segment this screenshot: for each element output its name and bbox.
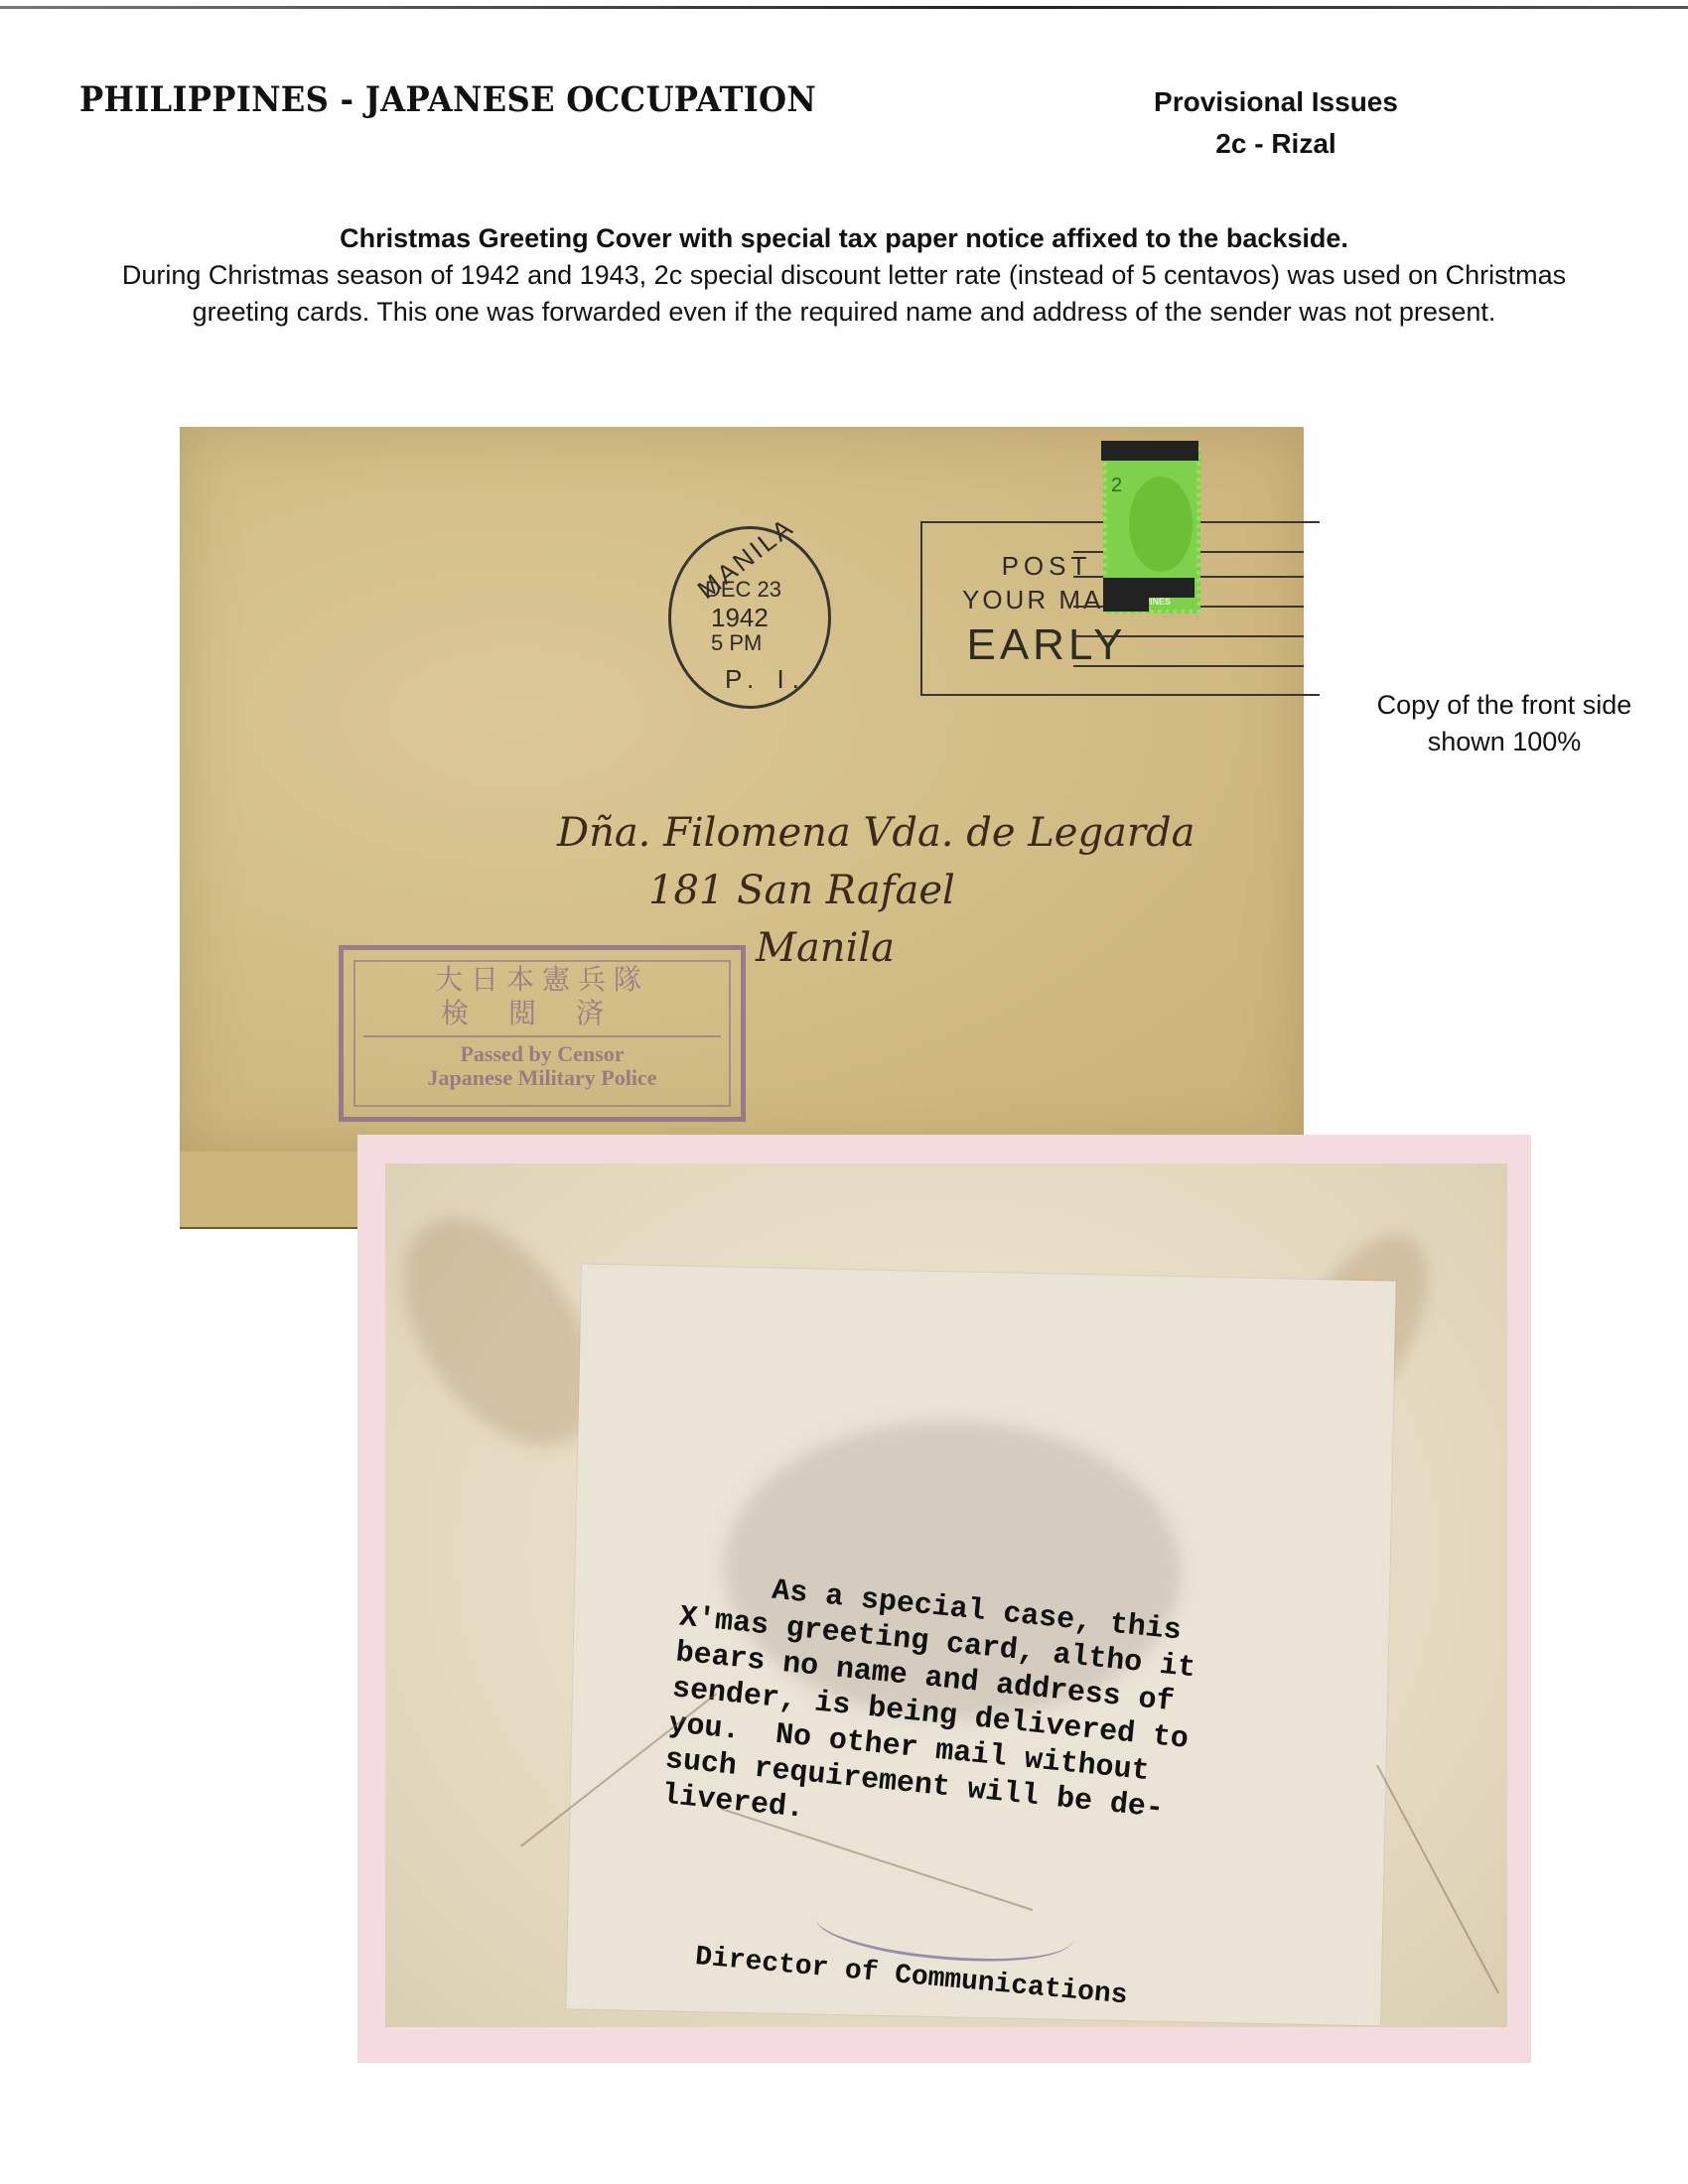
crease [1376, 1765, 1499, 1994]
front-cover-edge [180, 1152, 375, 1229]
notice-text: As a special case, this X'mas greeting c… [660, 1565, 1201, 1865]
stamp-denomination: 2 [1111, 475, 1122, 497]
page-title: PHILIPPINES - JAPANESE OCCUPATION [79, 79, 816, 120]
section-label: Provisional Issues [1112, 81, 1440, 123]
censor-jp-line: 検閲済 [344, 992, 741, 1031]
address-line: 181 San Rafael [557, 862, 1195, 919]
overprint-bar [1103, 578, 1195, 598]
description: Christmas Greeting Cover with special ta… [99, 220, 1589, 331]
censor-en-line: Japanese Military Police [344, 1065, 741, 1091]
censor-handstamp: 大日本憲兵隊 検閲済 Passed by Censor Japanese Mil… [339, 945, 746, 1122]
cancel-line [1073, 665, 1304, 667]
postmark-state: P. I. [725, 664, 807, 695]
censor-en-line: Passed by Censor [344, 1041, 741, 1067]
side-note: Copy of the front side shown 100% [1360, 687, 1648, 760]
postmark-year: 1942 [711, 603, 769, 633]
postmark-time: 5 PM [711, 630, 762, 656]
overprint-bar [1103, 598, 1149, 612]
postmark: MANILA DEC 23 1942 5 PM P. I. [668, 526, 831, 709]
description-body: During Christmas season of 1942 and 1943… [122, 260, 1566, 327]
subsection-label: 2c - Rizal [1112, 123, 1440, 165]
slogan-line: EARLY [922, 620, 1171, 670]
overprint-bar [1101, 441, 1198, 461]
description-lead: Christmas Greeting Cover with special ta… [99, 220, 1589, 257]
postmark-date: DEC 23 [705, 577, 781, 603]
front-cover-image: MANILA DEC 23 1942 5 PM P. I. POST YOUR … [180, 427, 1304, 1152]
top-rule [0, 6, 1688, 9]
section-heading: Provisional Issues 2c - Rizal [1112, 81, 1440, 165]
portrait-icon [1129, 477, 1193, 572]
address-line: Dña. Filomena Vda. de Legarda [557, 804, 1195, 862]
cancel-line [1073, 635, 1304, 637]
tax-notice-paper: As a special case, this X'mas greeting c… [566, 1264, 1396, 2025]
back-cover-image: As a special case, this X'mas greeting c… [385, 1163, 1507, 2027]
